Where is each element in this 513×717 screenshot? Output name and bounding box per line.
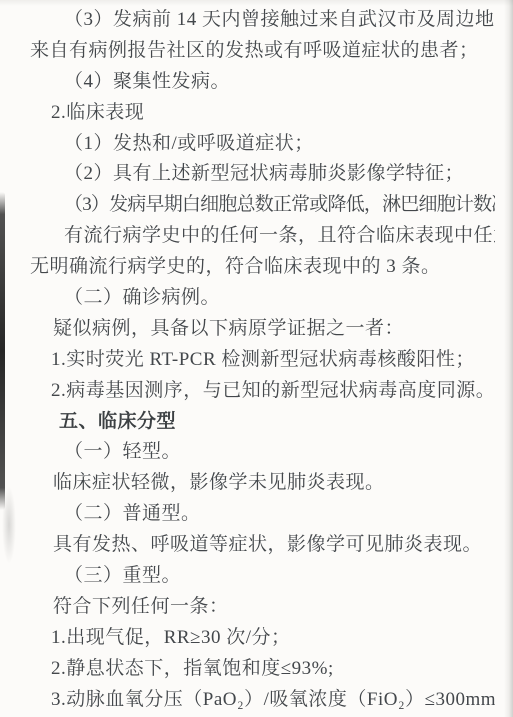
doc-line-respiratory-rate: 1.出现气促，RR≥30 次/分； bbox=[30, 623, 495, 654]
doc-line-suspected-evidence: 疑似病例，具备以下病原学证据之一者： bbox=[30, 314, 495, 345]
document-content: （3）发病前 14 天内曾接触过来自武汉市及周边地区，或 来自有病例报告社区的发… bbox=[30, 5, 495, 715]
heading-clinical-typing: 五、临床分型 bbox=[30, 407, 495, 438]
scan-shadow-left bbox=[0, 192, 5, 510]
scan-smudge bbox=[2, 486, 16, 564]
doc-line-confirmed-case: （二）确诊病例。 bbox=[30, 283, 495, 314]
doc-line-gene-sequencing: 2.病毒基因测序，与已知的新型冠状病毒高度同源。 bbox=[30, 376, 495, 407]
doc-line-fever-respiratory: （1）发热和/或呼吸道症状； bbox=[30, 129, 495, 160]
doc-line-mild-desc: 临床症状轻微，影像学未见肺炎表现。 bbox=[30, 468, 495, 499]
doc-line-severe-type: （三）重型。 bbox=[30, 561, 495, 592]
doc-line-wbc-lymphocyte: （3）发病早期白细胞总数正常或降低，淋巴细胞计数减少。 bbox=[30, 190, 495, 221]
doc-line-cluster-onset: （4）聚集性发病。 bbox=[30, 67, 495, 98]
document-page: （3）发病前 14 天内曾接触过来自武汉市及周边地区，或 来自有病例报告社区的发… bbox=[0, 0, 513, 717]
doc-line-imaging-features: （2）具有上述新型冠状病毒肺炎影像学特征； bbox=[30, 159, 495, 190]
doc-line-moderate-desc: 具有发热、呼吸道等症状，影像学可见肺炎表现。 bbox=[30, 530, 495, 561]
doc-line-severe-criteria: 符合下列任何一条： bbox=[30, 592, 495, 623]
doc-line-epi-rule-cont: 无明确流行病学史的，符合临床表现中的 3 条。 bbox=[30, 252, 495, 283]
doc-line-oxygen-saturation: 2.静息状态下，指氧饱和度≤93%; bbox=[30, 654, 495, 685]
doc-line-mild-type: （一）轻型。 bbox=[30, 437, 495, 468]
doc-line-pao2-fio2: 3.动脉血氧分压（PaO₂）/吸氧浓度（FiO₂）≤300mmHg bbox=[30, 685, 495, 716]
doc-line-epi-contact: （3）发病前 14 天内曾接触过来自武汉市及周边地区，或 bbox=[30, 5, 495, 36]
doc-line-rtpcr: 1.实时荧光 RT-PCR 检测新型冠状病毒核酸阳性； bbox=[30, 345, 495, 376]
doc-line-moderate-type: （二）普通型。 bbox=[30, 499, 495, 530]
doc-line-clinical-manifest: 2.临床表现 bbox=[30, 98, 495, 129]
scan-edge-right bbox=[504, 0, 513, 717]
doc-line-epi-contact-cont: 来自有病例报告社区的发热或有呼吸道症状的患者； bbox=[30, 36, 495, 67]
doc-line-epi-rule: 有流行病学史中的任何一条，且符合临床表现中任意 2 条。 bbox=[30, 221, 495, 252]
